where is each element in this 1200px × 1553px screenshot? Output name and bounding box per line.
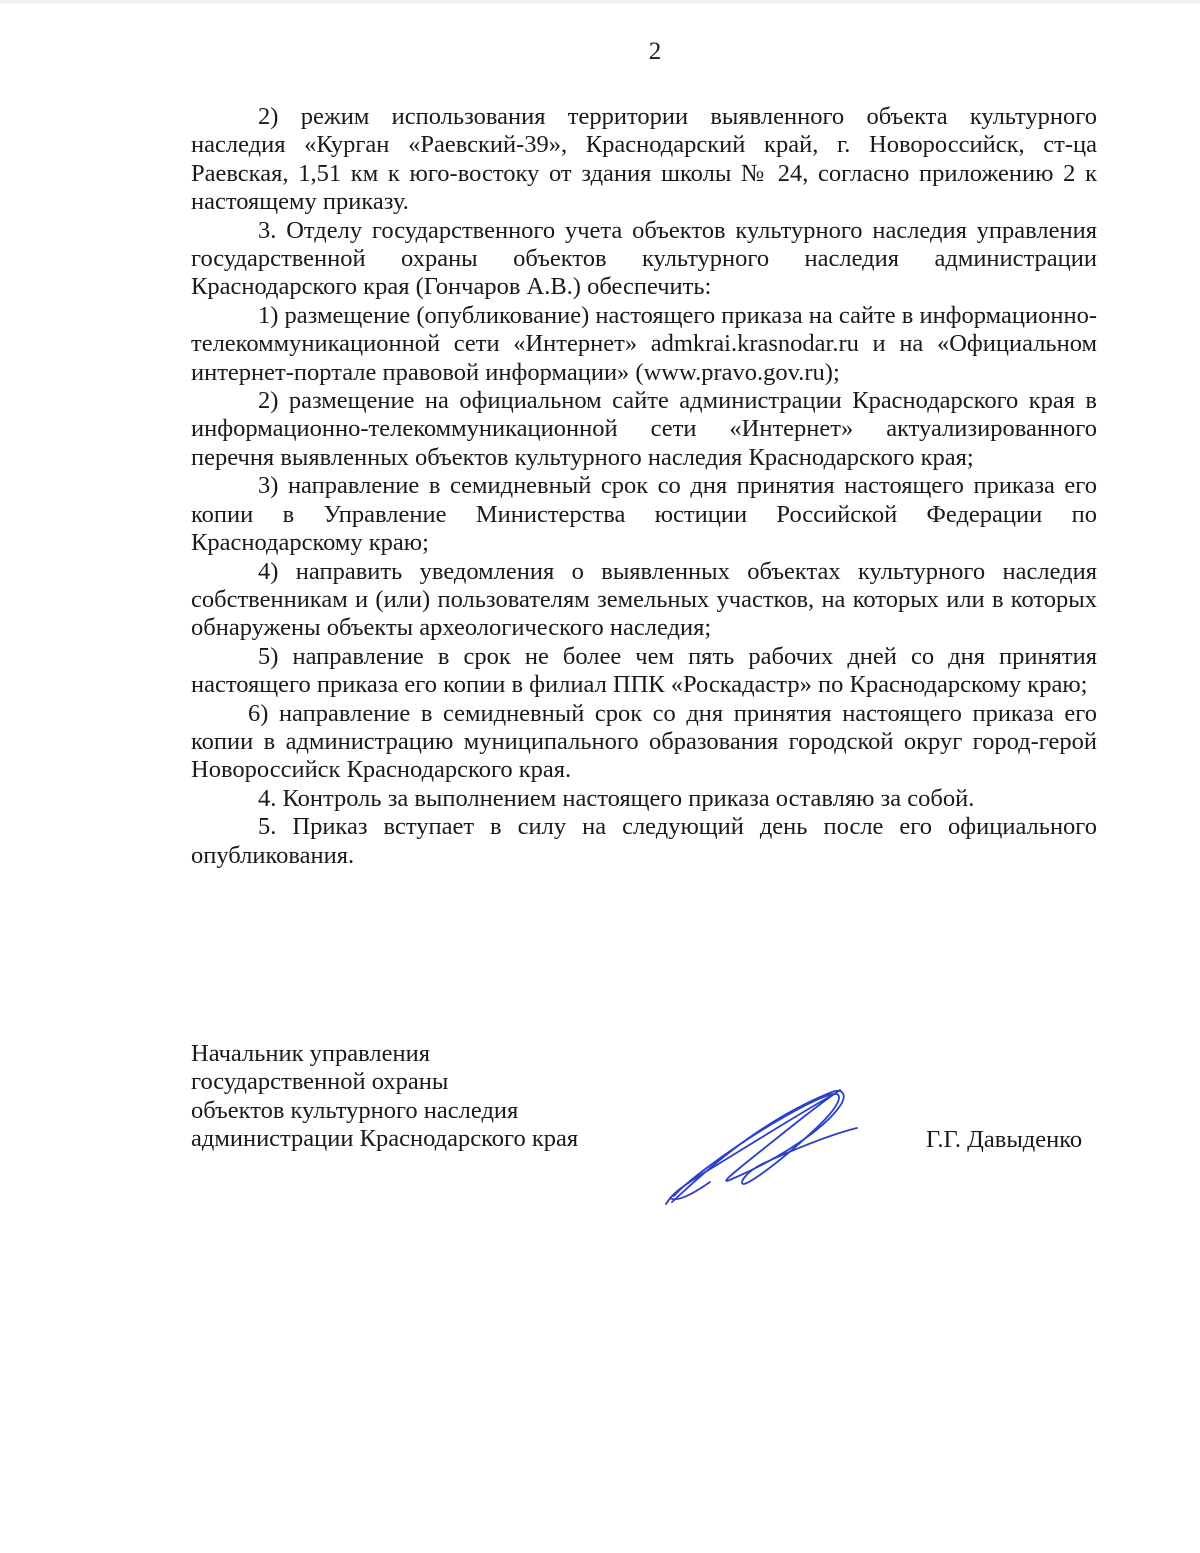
paragraph-territory-regime: 2) режим использования территории выявле… bbox=[191, 103, 1097, 217]
signatory-title: Начальник управления государственной охр… bbox=[191, 1040, 578, 1154]
handwritten-signature-icon bbox=[662, 1084, 862, 1209]
paragraph-item-3: 3. Отделу государственного учета объекто… bbox=[191, 217, 1097, 302]
paragraph-subitem-4: 4) направить уведомления о выявленных об… bbox=[191, 558, 1097, 643]
signatory-name: Г.Г. Давыденко bbox=[926, 1126, 1082, 1154]
page-number: 2 bbox=[0, 38, 1200, 66]
signatory-title-line: администрации Краснодарского края bbox=[191, 1125, 578, 1153]
signatory-title-line: государственной охраны bbox=[191, 1068, 578, 1096]
document-body: 2) режим использования территории выявле… bbox=[191, 103, 1097, 870]
paragraph-subitem-1: 1) размещение (опубликование) настоящего… bbox=[191, 302, 1097, 387]
signatory-title-line: Начальник управления bbox=[191, 1040, 578, 1068]
paragraph-subitem-5: 5) направление в срок не более чем пять … bbox=[191, 643, 1097, 700]
paragraph-item-4: 4. Контроль за выполнением настоящего пр… bbox=[191, 785, 1097, 813]
paragraph-subitem-6: 6) направление в семидневный срок со дня… bbox=[191, 700, 1097, 785]
paragraph-subitem-3: 3) направление в семидневный срок со дня… bbox=[191, 472, 1097, 557]
paragraph-subitem-2: 2) размещение на официальном сайте админ… bbox=[191, 387, 1097, 472]
paragraph-item-5: 5. Приказ вступает в силу на следующий д… bbox=[191, 813, 1097, 870]
scan-edge bbox=[0, 0, 1200, 4]
signatory-title-line: объектов культурного наследия bbox=[191, 1097, 578, 1125]
